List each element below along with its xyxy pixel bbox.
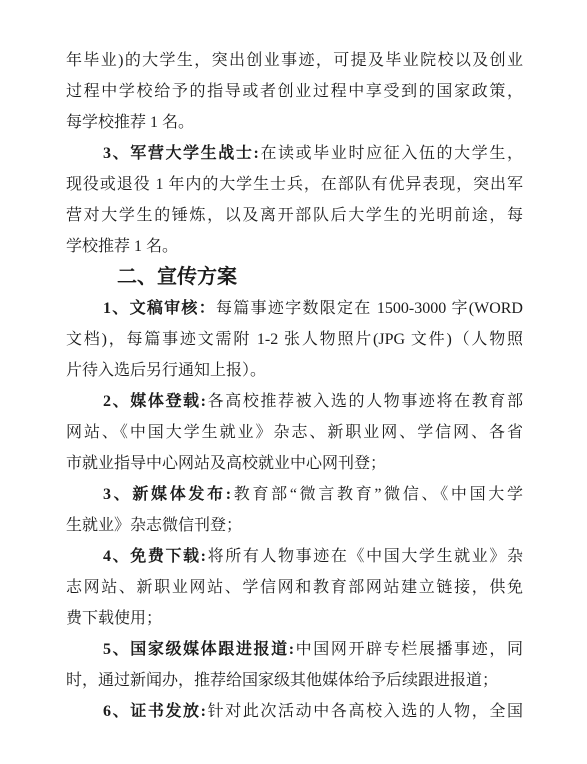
text-line: 学校推荐 1 名。 [66, 231, 523, 262]
text-run: 过程中学校给予的指导或者创业过程中享受到的国家政策， [66, 83, 523, 100]
text-run: 文档)，每篇事迹文需附 1-2 张人物照片(JPG 文件)（人物照 [66, 331, 523, 348]
document-text: 年毕业)的大学生，突出创业事迹，可提及毕业院校以及创业过程中学校给予的指导或者创… [66, 45, 523, 727]
bold-text-run: 二、宣传方案 [117, 266, 237, 288]
text-run: 针对此次活动中各高校入选的人物，全国 [206, 703, 523, 720]
text-run: 费下载使用； [66, 610, 162, 627]
text-run: 志网站、新职业网站、学信网和教育部网站建立链接，供免 [66, 579, 523, 596]
text-line: 6、证书发放:针对此次活动中各高校入选的人物，全国 [66, 696, 523, 727]
text-run: 市就业指导中心网站及高校就业中心网刊登； [66, 455, 386, 472]
text-run: 时，通过新闻办，推荐给国家级其他媒体给予后续跟进报道； [66, 672, 498, 689]
bold-text-run: 3、新媒体发布: [103, 486, 231, 503]
bold-text-run: 5、国家级媒体跟进报道: [103, 641, 294, 658]
text-run: 片待入选后另行通知上报）。 [66, 362, 266, 379]
document-page: 年毕业)的大学生，突出创业事迹，可提及毕业院校以及创业过程中学校给予的指导或者创… [0, 0, 587, 764]
text-run: 学校推荐 1 名。 [66, 238, 178, 255]
text-run: 各高校推荐被入选的人物事迹将在教育部 [206, 393, 523, 410]
text-line: 生就业》杂志微信刊登； [66, 510, 523, 541]
text-line: 3、新媒体发布:教育部“微言教育”微信、《中国大学 [66, 479, 523, 510]
text-run: 年毕业)的大学生，突出创业事迹，可提及毕业院校以及创业 [66, 52, 523, 69]
bold-text-run: 6、证书发放: [103, 703, 206, 720]
text-run: 中国网开辟专栏展播事迹，同 [294, 641, 523, 658]
text-line: 年毕业)的大学生，突出创业事迹，可提及毕业院校以及创业 [66, 45, 523, 76]
text-run: 网站、《中国大学生就业》杂志、新职业网、学信网、各省 [66, 424, 523, 441]
text-line: 片待入选后另行通知上报）。 [66, 355, 523, 386]
text-line: 4、免费下载:将所有人物事迹在《中国大学生就业》杂 [66, 541, 523, 572]
text-run: 现役或退役 1 年内的大学生士兵，在部队有优异表现，突出军 [66, 176, 523, 193]
bold-text-run: 2、媒体登载: [103, 393, 206, 410]
text-line: 1、文稿审核：每篇事迹字数限定在 1500-3000 字(WORD [66, 293, 523, 324]
section-heading-line: 二、宣传方案 [66, 262, 523, 293]
text-line: 市就业指导中心网站及高校就业中心网刊登； [66, 448, 523, 479]
text-run: 教育部“微言教育”微信、《中国大学 [231, 486, 523, 503]
text-run: 营对大学生的锤炼，以及离开部队后大学生的光明前途，每 [66, 207, 523, 224]
text-line: 志网站、新职业网站、学信网和教育部网站建立链接，供免 [66, 572, 523, 603]
text-line: 现役或退役 1 年内的大学生士兵，在部队有优异表现，突出军 [66, 169, 523, 200]
bold-text-run: 4、免费下载: [103, 548, 206, 565]
text-line: 文档)，每篇事迹文需附 1-2 张人物照片(JPG 文件)（人物照 [66, 324, 523, 355]
text-line: 营对大学生的锤炼，以及离开部队后大学生的光明前途，每 [66, 200, 523, 231]
text-line: 时，通过新闻办，推荐给国家级其他媒体给予后续跟进报道； [66, 665, 523, 696]
bold-text-run: 1、文稿审核： [103, 300, 216, 317]
text-run: 每学校推荐 1 名。 [66, 114, 194, 131]
text-run: 每篇事迹字数限定在 1500-3000 字(WORD [216, 300, 523, 317]
text-line: 5、国家级媒体跟进报道:中国网开辟专栏展播事迹，同 [66, 634, 523, 665]
text-line: 2、媒体登载:各高校推荐被入选的人物事迹将在教育部 [66, 386, 523, 417]
text-line: 过程中学校给予的指导或者创业过程中享受到的国家政策， [66, 76, 523, 107]
text-line: 网站、《中国大学生就业》杂志、新职业网、学信网、各省 [66, 417, 523, 448]
text-line: 每学校推荐 1 名。 [66, 107, 523, 138]
text-run: 生就业》杂志微信刊登； [66, 517, 242, 534]
bold-text-run: 3、军营大学生战士: [103, 145, 259, 162]
text-line: 费下载使用； [66, 603, 523, 634]
text-line: 3、军营大学生战士:在读或毕业时应征入伍的大学生， [66, 138, 523, 169]
text-run: 将所有人物事迹在《中国大学生就业》杂 [206, 548, 523, 565]
text-run: 在读或毕业时应征入伍的大学生， [259, 145, 523, 162]
